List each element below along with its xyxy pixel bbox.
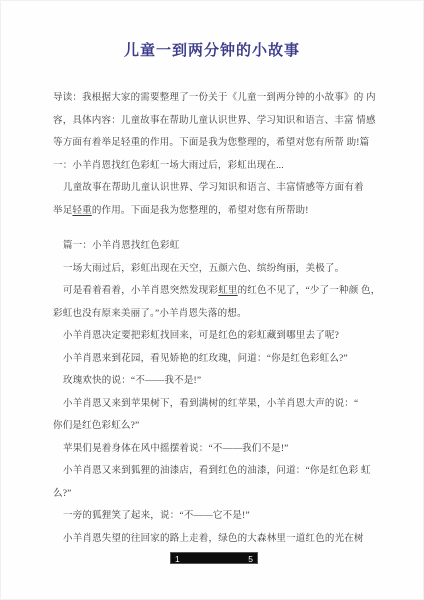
paragraph-heading: 篇一：小羊肖恩找红色彩虹 xyxy=(53,235,373,258)
paragraph-line: 小羊肖恩又来到狐狸的油漆店，看到红色的油漆，问道：“你是红色彩 虹 xyxy=(53,460,373,483)
paragraph-story: 一旁的狐狸笑了起来，说：“不——它不是!” xyxy=(53,505,373,528)
text-segment: 可是看着看着，小羊肖恩突然发现彩 xyxy=(63,286,218,296)
paragraph-story: 小羊肖恩失望的往回家的路上走着，绿色的大森林里一道红色的光在树 xyxy=(53,528,373,551)
paragraph-line: 彩虹也没有原来美丽了。”小羊肖恩失落的想。 xyxy=(53,303,373,326)
footer-page-total: 5 xyxy=(248,553,253,563)
paragraph-line: 举足轻重的作用。下面是我为您整理的，希望对您有所帮助! xyxy=(53,200,373,223)
paragraph-line: 儿童故事在帮助儿童认识世界、学习知识和语言、丰富情感等方面有着 xyxy=(53,177,373,200)
paragraph-line: 等方面有着举足轻重的作用。下面是我为您整理的，希望对您有所帮 助!篇 xyxy=(53,132,373,155)
text-segment: 的红色不见了，“少了一种颜 色， xyxy=(238,286,381,296)
paragraph-line: 么?” xyxy=(53,483,373,506)
paragraph-story: 小羊肖恩来到花园，看见娇艳的红玫瑰，问道：“你是红色彩虹么?” xyxy=(53,348,373,371)
paragraph-line: 你们是红色彩虹么?” xyxy=(53,415,373,438)
paragraph-story: 玫瑰欢快的说：“不——我不是!” xyxy=(53,370,373,393)
paragraph-story: 小羊肖恩决定要把彩虹找回来，可是红色的彩虹藏到哪里去了呢? xyxy=(53,325,373,348)
paragraph-line: 小羊肖恩失望的往回家的路上走着，绿色的大森林里一道红色的光在树 xyxy=(53,528,373,551)
paragraph-line: 一场大雨过后，彩虹出现在天空，五颜六色、缤纷绚丽，美极了。 xyxy=(53,258,373,281)
paragraph-story: 小羊肖恩又来到狐狸的油漆店，看到红色的油漆，问道：“你是红色彩 虹么?” xyxy=(53,460,373,505)
paragraph-line: 小羊肖恩决定要把彩虹找回来，可是红色的彩虹藏到哪里去了呢? xyxy=(53,325,373,348)
paragraph-summary: 儿童故事在帮助儿童认识世界、学习知识和语言、丰富情感等方面有着举足轻重的作用。下… xyxy=(53,177,373,222)
paragraph-line: 苹果们晃着身体在风中摇摆着说：“不——我们不是!” xyxy=(53,438,373,461)
underlined-text: 虹里 xyxy=(218,286,237,296)
paragraph-line: 玫瑰欢快的说：“不——我不是!” xyxy=(53,370,373,393)
paragraph-line: 小羊肖恩来到花园，看见娇艳的红玫瑰，问道：“你是红色彩虹么?” xyxy=(53,348,373,371)
text-segment: 的作用。下面是我为您整理的，希望对您有所帮助! xyxy=(92,206,309,216)
paragraph-line: 篇一：小羊肖恩找红色彩虹 xyxy=(53,235,373,258)
document-body: 导读：我根据大家的需要整理了一份关于《儿童一到两分钟的小故事》的 内容，具体内容… xyxy=(53,87,373,550)
paragraph-story: 可是看着看着，小羊肖恩突然发现彩虹里的红色不见了，“少了一种颜 色，彩虹也没有原… xyxy=(53,280,373,325)
paragraph-story: 小羊肖恩又来到苹果树下，看到满树的红苹果，小羊肖恩大声的说：“你们是红色彩虹么?… xyxy=(53,393,373,438)
paragraph-intro: 导读：我根据大家的需要整理了一份关于《儿童一到两分钟的小故事》的 内容，具体内容… xyxy=(53,87,373,177)
paragraph-story: 一场大雨过后，彩虹出现在天空，五颜六色、缤纷绚丽，美极了。 xyxy=(53,258,373,281)
underlined-text: 轻重 xyxy=(72,206,91,216)
paragraph-story: 苹果们晃着身体在风中摇摆着说：“不——我们不是!” xyxy=(53,438,373,461)
document-page: 儿童一到两分钟的小故事 导读：我根据大家的需要整理了一份关于《儿童一到两分钟的小… xyxy=(0,0,424,600)
paragraph-line: 一旁的狐狸笑了起来，说：“不——它不是!” xyxy=(53,505,373,528)
document-title: 儿童一到两分钟的小故事 xyxy=(1,39,423,60)
paragraph-line: 容，具体内容：儿童故事在帮助儿童认识世界、学习知识和语言、丰富 情感 xyxy=(53,110,373,133)
paragraph-line: 导读：我根据大家的需要整理了一份关于《儿童一到两分钟的小故事》的 内 xyxy=(53,87,373,110)
text-segment: 举足 xyxy=(53,206,72,216)
paragraph-line: 小羊肖恩又来到苹果树下，看到满树的红苹果，小羊肖恩大声的说：“ xyxy=(53,393,373,416)
paragraph-line: 一：小羊肖恩找红色彩虹一场大雨过后，彩虹出现在... xyxy=(53,155,373,178)
footer-page-current: 1 xyxy=(175,553,180,563)
paragraph-line: 可是看着看着，小羊肖恩突然发现彩虹里的红色不见了，“少了一种颜 色， xyxy=(53,280,373,303)
page-number-bar: 1 5 xyxy=(170,552,258,564)
